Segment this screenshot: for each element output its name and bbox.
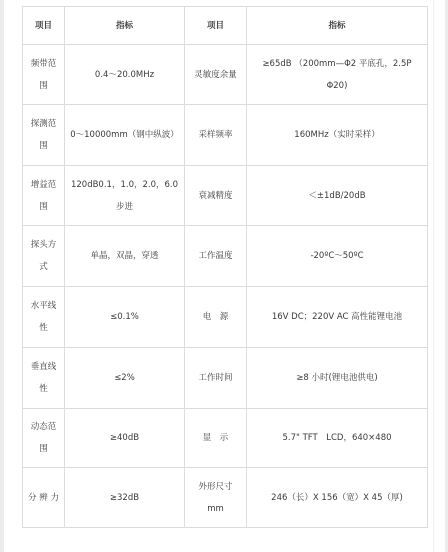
item-value: 160MHz（实时采样）: [247, 105, 428, 166]
header-spec-1: 指标: [65, 7, 185, 45]
table-row: 探测范围 0～10000mm（钢中纵波） 采样频率 160MHz（实时采样）: [23, 105, 428, 166]
item-name: 动态范围: [23, 409, 65, 468]
table-row: 分 辨 力 ≥32dB 外形尺寸 mm 246（长）X 156（宽）X 45（厚…: [23, 468, 428, 528]
table-row: 增益范围 120dB0.1，1.0，2.0，6.0 步进 衰减精度 ＜±1dB/…: [23, 166, 428, 226]
table-row: 垂直线性 ≤2% 工作时间 ≥8 小时(锂电池供电): [23, 348, 428, 409]
item-name: 电 源: [185, 287, 247, 348]
left-page-margin: [0, 0, 4, 552]
item-value: ≤0.1%: [65, 287, 185, 348]
item-name: 增益范围: [23, 166, 65, 226]
item-value: 246（长）X 156（宽）X 45（厚): [247, 468, 428, 528]
table-row: 探头方式 单晶，双晶，穿透 工作温度 -20ºC～50ºC: [23, 226, 428, 287]
item-name: 工作时间: [185, 348, 247, 409]
item-value: 0～10000mm（钢中纵波）: [65, 105, 185, 166]
item-value: ≤2%: [65, 348, 185, 409]
table-header-row: 项目 指标 项目 指标: [23, 7, 428, 45]
item-name: 探测范围: [23, 105, 65, 166]
item-name: 外形尺寸 mm: [185, 468, 247, 528]
item-value: ＜±1dB/20dB: [247, 166, 428, 226]
item-value: ≥65dB （200mm—Φ2 平底孔，2.5P Φ20): [247, 45, 428, 105]
item-name: 采样频率: [185, 105, 247, 166]
item-name: 垂直线性: [23, 348, 65, 409]
item-value: 5.7" TFT LCD，640×480: [247, 409, 428, 468]
item-value: 0.4～20.0MHz: [65, 45, 185, 105]
item-name: 工作温度: [185, 226, 247, 287]
header-item-2: 项目: [185, 7, 247, 45]
item-value: -20ºC～50ºC: [247, 226, 428, 287]
table-row: 频带范围 0.4～20.0MHz 灵敏度余量 ≥65dB （200mm—Φ2 平…: [23, 45, 428, 105]
item-name: 探头方式: [23, 226, 65, 287]
item-value: 单晶，双晶，穿透: [65, 226, 185, 287]
item-name: 衰减精度: [185, 166, 247, 226]
header-item-1: 项目: [23, 7, 65, 45]
item-name: 灵敏度余量: [185, 45, 247, 105]
item-name: 显 示: [185, 409, 247, 468]
header-spec-2: 指标: [247, 7, 428, 45]
item-name: 频带范围: [23, 45, 65, 105]
table-row: 动态范围 ≥40dB 显 示 5.7" TFT LCD，640×480: [23, 409, 428, 468]
item-value: ≥32dB: [65, 468, 185, 528]
spec-table: 项目 指标 项目 指标 频带范围 0.4～20.0MHz 灵敏度余量 ≥65dB…: [22, 6, 428, 528]
item-value: 16V DC；220V AC 高性能锂电池: [247, 287, 428, 348]
right-page-divider: [433, 0, 434, 552]
item-value: ≥40dB: [65, 409, 185, 468]
item-name: 水平线性: [23, 287, 65, 348]
item-name: 分 辨 力: [23, 468, 65, 528]
item-value: 120dB0.1，1.0，2.0，6.0 步进: [65, 166, 185, 226]
item-value: ≥8 小时(锂电池供电): [247, 348, 428, 409]
table-row: 水平线性 ≤0.1% 电 源 16V DC；220V AC 高性能锂电池: [23, 287, 428, 348]
